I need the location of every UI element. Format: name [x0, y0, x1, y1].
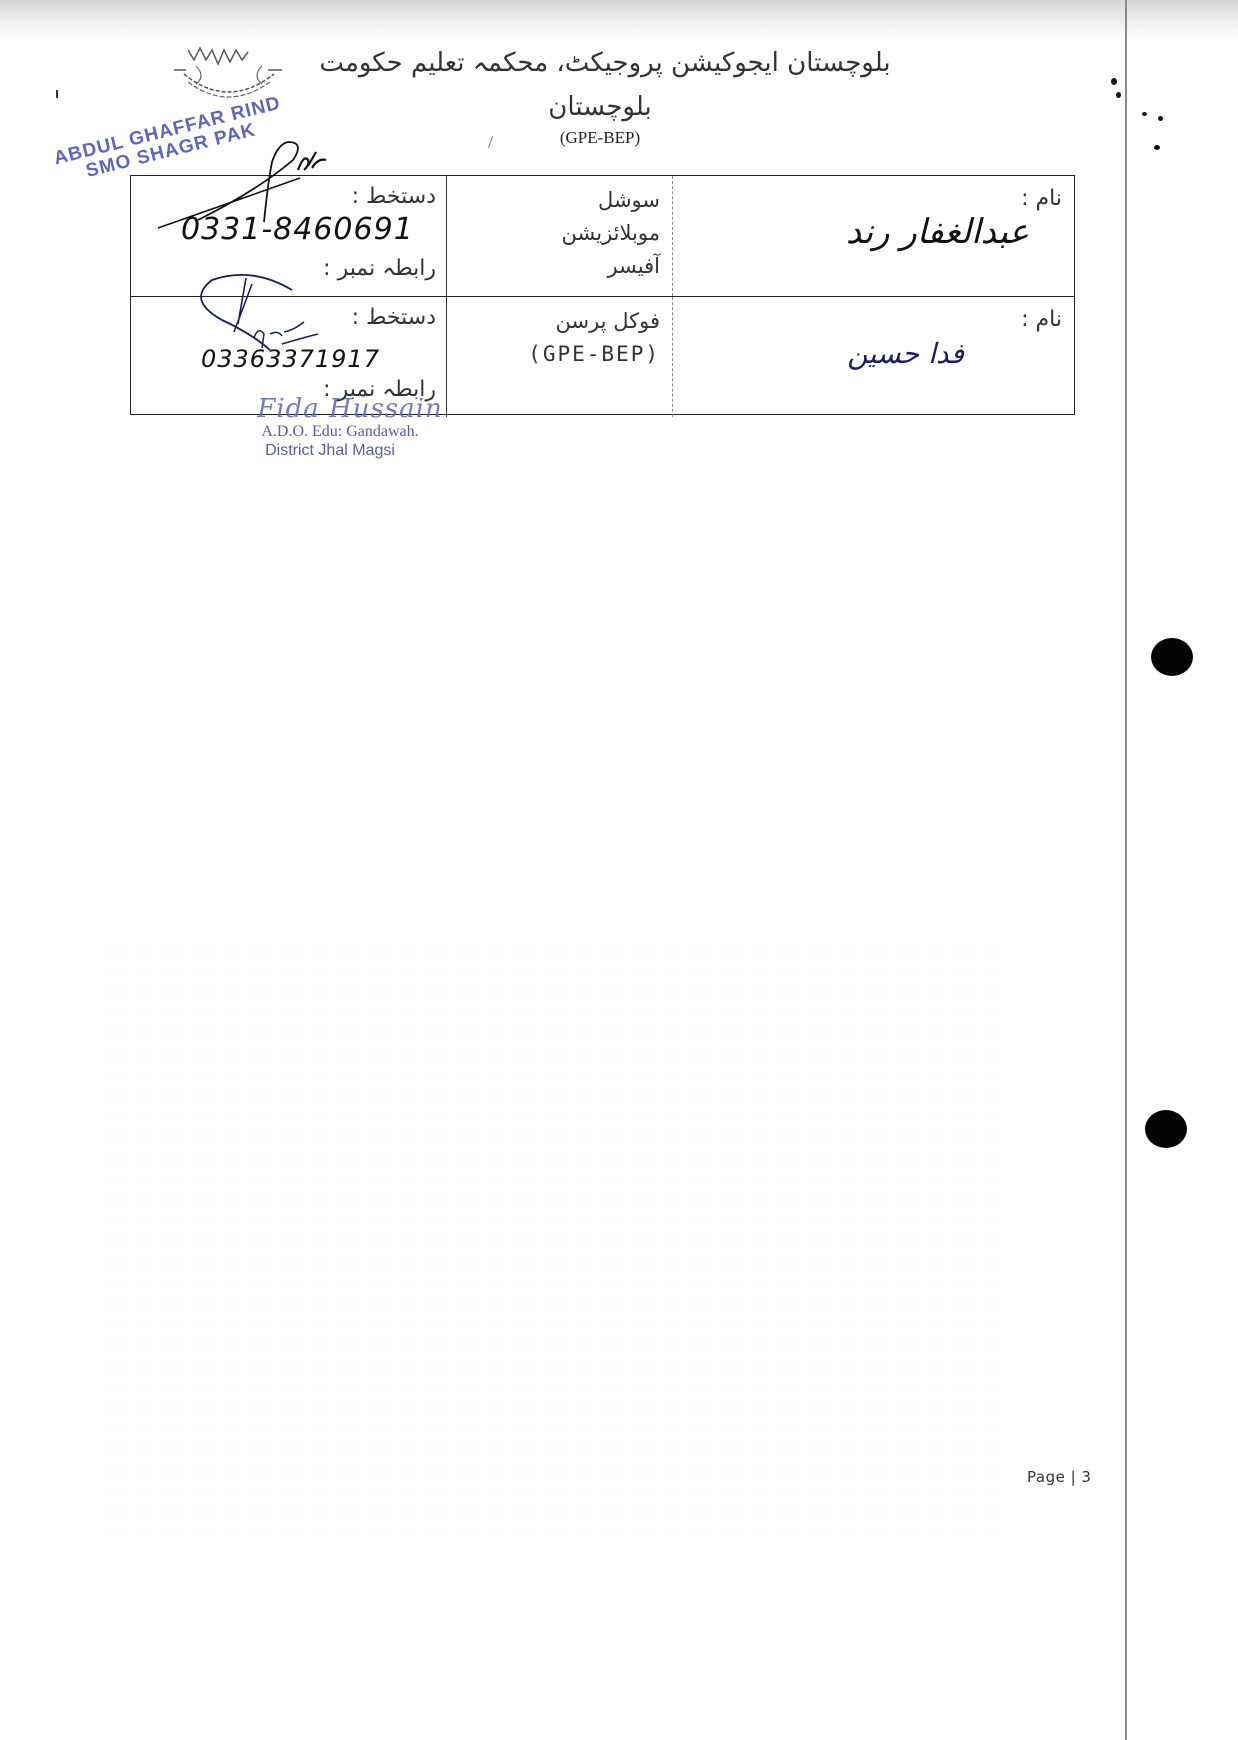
designation-line: موبلائزیشن — [562, 217, 660, 250]
scan-bleed-through — [100, 940, 1000, 1540]
designation-text: فوکل پرسن (GPE-BEP) — [528, 305, 660, 371]
phone-value: 03363371917 — [201, 345, 380, 373]
designation-line: آفیسر — [562, 250, 660, 283]
page-number: Page | 3 — [1027, 1468, 1091, 1486]
stamp-district: District Jhal Magsi — [205, 442, 455, 460]
stamp-signature: Fida Hussain — [245, 396, 455, 422]
name-cell: نام : فدا حسین — [671, 297, 1074, 417]
signature-cell: دستخط : 0331-8460691 رابطہ نمبر : — [131, 176, 446, 296]
designation-line: سوشل — [562, 184, 660, 217]
name-value: فدا حسین — [847, 337, 964, 370]
punch-hole — [1151, 638, 1193, 676]
designation-cell: فوکل پرسن (GPE-BEP) — [446, 297, 673, 417]
name-value: عبدالغفار رند — [846, 212, 1029, 252]
scan-mark — [56, 90, 58, 98]
designation-text: سوشل موبلائزیشن آفیسر — [562, 184, 660, 283]
name-cell: نام : عبدالغفار رند — [671, 176, 1074, 296]
contact-table: نام : عبدالغفار رند سوشل موبلائزیشن آفیس… — [130, 175, 1075, 415]
stamp-title: A.D.O. Edu: Gandawah. — [225, 422, 455, 442]
designation-cell: سوشل موبلائزیشن آفیسر — [446, 176, 673, 296]
page-edge-line — [1125, 0, 1127, 1740]
header-title-line-1: بلوچستان ایجوکیشن پروجیکٹ، محکمہ تعلیم ح… — [110, 48, 1100, 78]
name-label: نام : — [1021, 186, 1062, 211]
table-row: نام : عبدالغفار رند سوشل موبلائزیشن آفیس… — [131, 176, 1074, 296]
designation-line: فوکل پرسن — [528, 305, 660, 338]
punch-hole — [1145, 1110, 1187, 1148]
phone-label: رابطہ نمبر : — [323, 256, 436, 281]
phone-value: 0331-8460691 — [181, 212, 414, 247]
designation-line: (GPE-BEP) — [528, 338, 660, 371]
signature-label: دستخط : — [352, 184, 436, 209]
ado-stamp: Fida Hussain A.D.O. Edu: Gandawah. Distr… — [205, 396, 455, 460]
name-label: نام : — [1021, 307, 1062, 332]
signature-label: دستخط : — [352, 305, 436, 330]
scan-top-shade — [0, 0, 1238, 40]
